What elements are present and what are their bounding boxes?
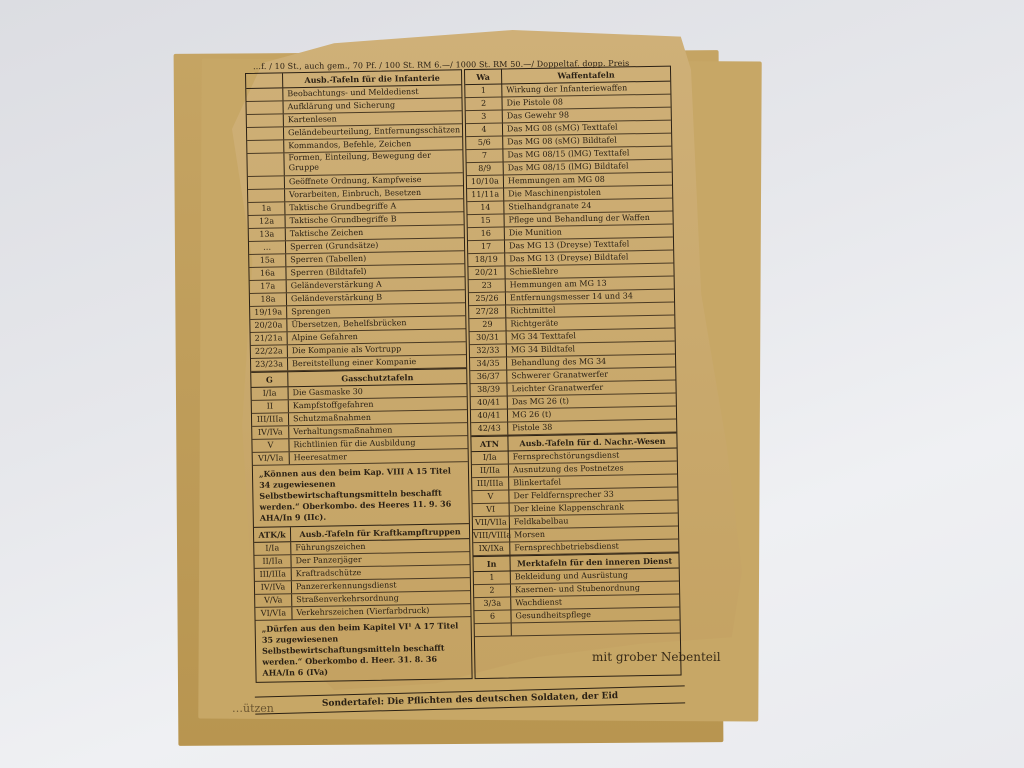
row-title: Formen, Einteilung, Bewegung der Gruppe — [284, 150, 462, 175]
row-number: 38/39 — [470, 383, 507, 396]
row-number: 14 — [467, 201, 504, 214]
row-number — [248, 176, 285, 189]
inner-service-rows: 1Bekleidung und Ausrüstung2Kasernen- und… — [474, 569, 680, 638]
row-number: 25/26 — [469, 292, 506, 305]
infantry-table: Ausb.-Tafeln für die Infanterie Beobacht… — [246, 70, 466, 372]
row-number: 20/20a — [250, 319, 287, 332]
weapons-title: Waffentafeln — [502, 67, 670, 84]
row-number: 42/43 — [471, 422, 508, 435]
row-number: 18a — [250, 293, 287, 306]
row-number: 2 — [465, 98, 502, 111]
row-number: 40/41 — [471, 396, 508, 409]
row-number: I/Ia — [254, 542, 291, 555]
row-number: 3 — [466, 111, 503, 124]
infantry-rows: Beobachtungs- und MeldedienstAufklärung … — [246, 85, 466, 372]
row-number: II — [252, 400, 289, 413]
weapons-rows: 1Wirkung der Infanteriewaffen2Die Pistol… — [465, 82, 676, 437]
row-number — [248, 189, 285, 202]
signals-num-header: ATN — [471, 436, 508, 451]
row-number: III/IIIa — [255, 568, 292, 581]
gas-table: G Gasschutztafeln I/IaDie Gasmaske 30IIK… — [251, 368, 469, 528]
row-number: … — [249, 241, 286, 254]
gas-note: „Können aus den beim Kap. VIII A 15 Tite… — [253, 462, 469, 528]
row-number: 10/10a — [467, 175, 504, 188]
row-number: IV/IVa — [255, 581, 292, 594]
left-column: Ausb.-Tafeln für die Infanterie Beobacht… — [245, 69, 473, 683]
row-number: 8/9 — [467, 163, 504, 176]
row-number — [475, 623, 512, 636]
row-number: 30/31 — [470, 331, 507, 344]
row-number: 17a — [250, 280, 287, 293]
infantry-num-header — [246, 73, 283, 88]
row-number: 27/28 — [469, 305, 506, 318]
row-number: V — [252, 439, 289, 452]
armor-rows: I/IaFührungszeichenII/IIaDer Panzerjäger… — [254, 539, 470, 621]
row-number: 36/37 — [470, 370, 507, 383]
row-number: 11/11a — [467, 188, 504, 201]
weapons-num-header: Wa — [465, 70, 502, 85]
row-number: 20/21 — [468, 266, 505, 279]
row-number — [247, 114, 284, 127]
row-number: 12a — [248, 215, 285, 228]
row-number: 23/23a — [251, 358, 288, 371]
row-number: 15 — [468, 214, 505, 227]
inner-service-num-header: In — [473, 556, 510, 571]
row-title — [512, 620, 680, 635]
row-number: 29 — [469, 318, 506, 331]
tables-container: Ausb.-Tafeln für die Infanterie Beobacht… — [245, 64, 746, 682]
row-number — [247, 153, 284, 176]
row-number: I/Ia — [251, 387, 288, 400]
inner-service-title: Merktafeln für den inneren Dienst — [510, 554, 678, 571]
row-number: 5/6 — [466, 137, 503, 150]
row-number: II/IIa — [254, 555, 291, 568]
row-number: 32/33 — [470, 344, 507, 357]
armor-table: ATK/k Ausb.-Tafeln für Kraftkampftruppen… — [254, 524, 472, 682]
row-number: IV/IVa — [252, 426, 289, 439]
document-content: …f. / 10 St., auch gem., 70 Pf. / 100 St… — [245, 60, 735, 709]
row-number: 19/19a — [250, 306, 287, 319]
row-number: 1 — [474, 571, 511, 584]
row-number: IX/IXa — [473, 542, 510, 555]
row-number: 2 — [474, 584, 511, 597]
row-number: VII/VIIa — [473, 516, 510, 529]
right-column: Wa Waffentafeln 1Wirkung der Infanteriew… — [464, 66, 682, 680]
row-number: 16 — [468, 227, 505, 240]
armor-num-header: ATK/k — [254, 527, 291, 542]
row-number: VI — [473, 503, 510, 516]
row-number: 17 — [468, 240, 505, 253]
weapons-table: Wa Waffentafeln 1Wirkung der Infanteriew… — [465, 67, 676, 437]
armor-note: „Dürfen aus den beim Kapitel VI¹ A 17 Ti… — [256, 617, 472, 682]
row-number: 40/41 — [471, 409, 508, 422]
row-number: III/IIIa — [252, 413, 289, 426]
row-number: 22/22a — [251, 345, 288, 358]
row-number — [247, 140, 284, 153]
row-number: 6 — [474, 610, 511, 623]
row-number: 16a — [249, 267, 286, 280]
row-number — [247, 101, 284, 114]
gas-num-header: G — [251, 372, 288, 387]
row-number: VIII/VIIIa — [473, 529, 510, 542]
signals-table: ATN Ausb.-Tafeln für d. Nachr.-Wesen I/I… — [471, 433, 678, 557]
row-number: 1 — [465, 85, 502, 98]
row-number: V — [472, 490, 509, 503]
row-number: V/Va — [255, 594, 292, 607]
row-number: 3/3a — [474, 597, 511, 610]
row-number: I/Ia — [472, 451, 509, 464]
row-number: III/IIIa — [472, 477, 509, 490]
row-number — [246, 88, 283, 101]
row-number: 23 — [469, 279, 506, 292]
row-number: 21/21a — [251, 332, 288, 345]
row-number: 18/19 — [468, 253, 505, 266]
row-number: 13a — [249, 228, 286, 241]
row-number: VI/VIa — [255, 607, 292, 620]
signals-title: Ausb.-Tafeln für d. Nachr.-Wesen — [508, 434, 676, 451]
inner-service-table: In Merktafeln für den inneren Dienst 1Be… — [473, 553, 679, 638]
gas-rows: I/IaDie Gasmaske 30IIKampfstoffgefahrenI… — [251, 384, 467, 466]
row-number: 1a — [248, 202, 285, 215]
row-number: 15a — [249, 254, 286, 267]
row-number: 34/35 — [470, 357, 507, 370]
row-number — [247, 127, 284, 140]
row-number: VI/VIa — [253, 452, 290, 465]
signals-rows: I/IaFernsprechstörungsdienstII/IIaAusnut… — [472, 449, 679, 557]
table-row — [475, 620, 680, 637]
row-number: 4 — [466, 124, 503, 137]
row-number: II/IIa — [472, 464, 509, 477]
row-number: 7 — [466, 150, 503, 163]
